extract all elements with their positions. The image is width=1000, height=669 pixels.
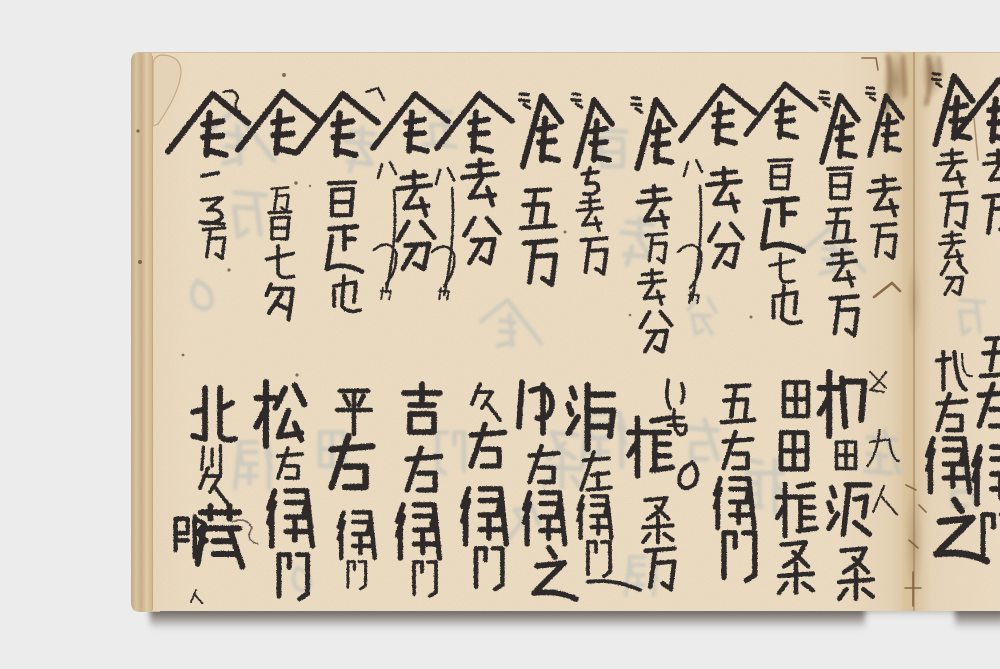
name-entry: 五右衛門 (715, 380, 759, 584)
name-entry: 吉右衛門 (398, 382, 442, 600)
transcription-layer: 弐金壱両 弐金百五壱両 一金百疋七也 一金壱分 八分 弐金壱両壱分 弐金壱両 弐… (0, 0, 1000, 669)
name-entry: 柳田源兵衛 (824, 370, 868, 602)
amount-entry: 一金壱分 (455, 92, 499, 270)
amount-entry: 弐金壱両 (858, 84, 902, 264)
amount-entry: 弐金百疋也 (318, 88, 362, 318)
amount-entry: 一金弐両 (188, 90, 232, 264)
name-entry: 久右衛門 (462, 382, 506, 594)
right-name-entry-partial: 右衛 (980, 334, 1000, 566)
right-amount-entry-partial: 一金 (976, 76, 1000, 252)
name-entry: 清左衛門 (574, 383, 622, 598)
name-entry: 田畑権兵衛 (774, 378, 818, 596)
name-entry: 平右衛門 (330, 384, 378, 594)
manuscript-photo-stage: 弐金壱両 弐金百五壱両 一金百疋七也 一金壱分 八分 弐金壱両壱分 弐金壱両 弐… (0, 0, 1000, 669)
amount-entry: 一金両百七匁 (256, 90, 300, 326)
right-name-entry: 孔右衛門之 (930, 350, 974, 592)
amount-entry: 弐金百五壱両 (814, 88, 858, 342)
margin-note: 八分 (680, 160, 708, 305)
margin-note: 八分 (432, 165, 460, 300)
name-entry: 伊右衛門之 (522, 380, 570, 602)
name-entry: 松右衛門 (264, 380, 312, 602)
amount-entry: 一金百疋七也 (756, 84, 800, 330)
name-entry: いもの権兵衛 (640, 378, 696, 596)
amount-entry: 弐金五両 (515, 90, 559, 292)
amount-entry: 弐金壱両 (568, 90, 612, 280)
amount-entry: 弐金壱両壱分 (630, 92, 674, 358)
name-entry: 北川久蔵 (184, 385, 236, 605)
tally-note: 〆九人 (868, 368, 892, 520)
margin-note: 八分 (372, 160, 400, 300)
right-amount-entry: 弐金壱両弐分 (930, 70, 970, 298)
